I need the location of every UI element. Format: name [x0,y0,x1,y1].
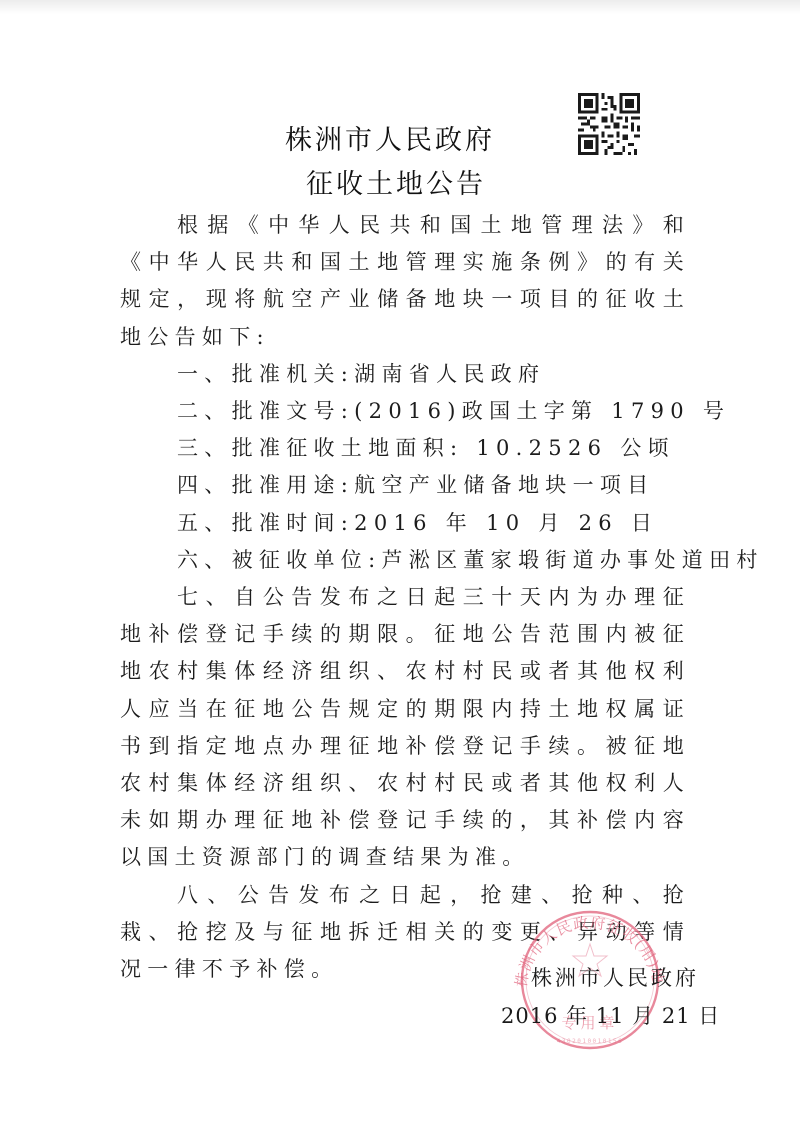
item-approval-document-number: 二、批准文号:(2016)政国土字第 1790 号 [120,393,690,430]
item-approved-area: 三、批准征收土地面积: 10.2526 公顷 [120,430,690,467]
signature-date: 2016 年 11 月 21 日 [501,1000,720,1030]
item-approval-date: 五、批准时间:2016 年 10 月 26 日 [120,505,690,542]
title-notice: 征收土地公告 [0,162,796,201]
item-approved-use: 四、批准用途:航空产业储备地块一项目 [120,467,690,504]
intro-paragraph: 根据《中华人民共和国土地管理法》和《中华人民共和国土地管理实施条例》的有关规定，… [120,207,690,356]
item-expropriated-unit: 六、被征收单位:芦淞区董家塅街道办事处道田村 [120,542,690,579]
svg-text:4302010010156: 4302010010156 [557,1038,623,1045]
qr-code-icon[interactable] [578,93,640,155]
title-issuer: 株洲市人民政府 [0,118,790,157]
notice-body: 根据《中华人民共和国土地管理法》和《中华人民共和国土地管理实施条例》的有关规定，… [120,207,690,988]
item-approving-authority: 一、批准机关:湖南省人民政府 [120,356,690,393]
clause-registration-period: 七、自公告发布之日起三十天内为办理征地补偿登记手续的期限。征地公告范围内被征地农… [120,579,690,877]
scan-edge-shadow [0,0,800,14]
signature-organization: 株洲市人民政府 [531,962,699,992]
